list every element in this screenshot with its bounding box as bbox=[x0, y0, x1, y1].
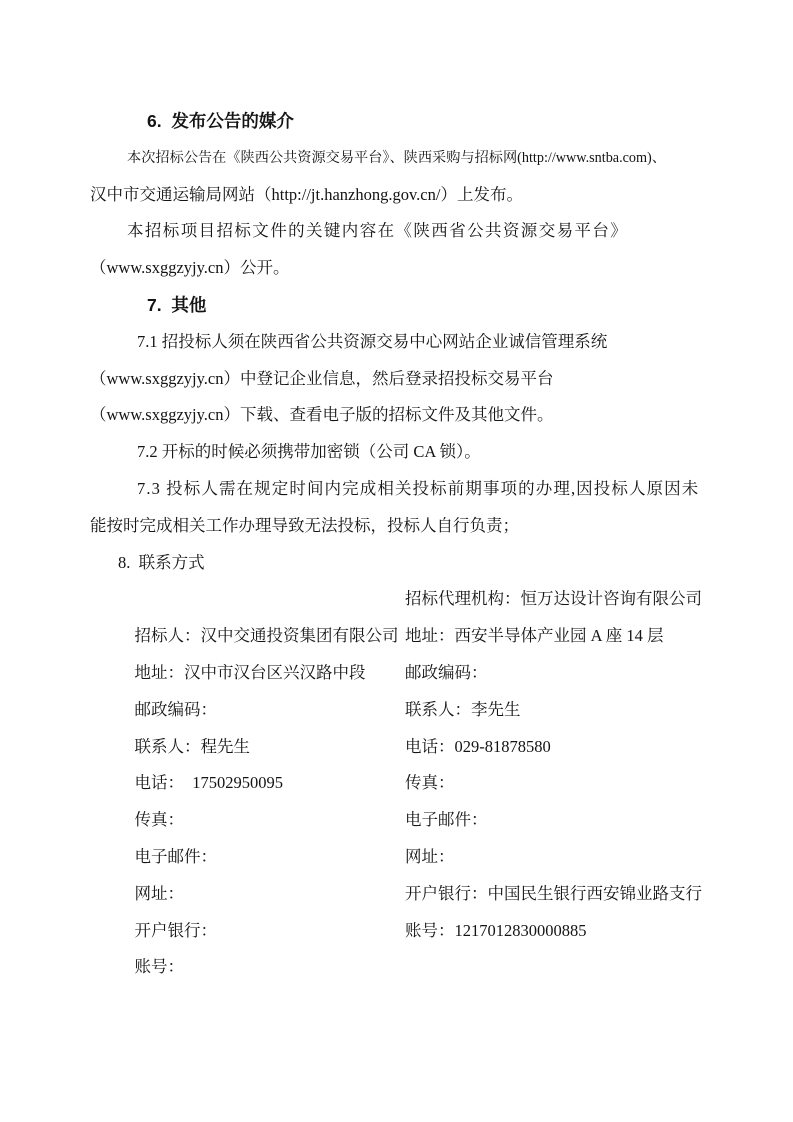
contact-row-email: 电子邮件： 电子邮件： bbox=[90, 802, 706, 839]
contact-row-phone: 电话： 17502950095 电话：029-81878580 bbox=[90, 729, 706, 766]
contact-row-website: 网址： 网址： bbox=[90, 839, 706, 876]
agency-account: 账号：1217012830000885 bbox=[405, 913, 587, 950]
agency-website: 网址： bbox=[405, 839, 455, 876]
section8-heading: 8. 联系方式 bbox=[90, 545, 706, 582]
section6-para2-line2: （www.sxggzyjy.cn）公开。 bbox=[90, 250, 706, 287]
contact-row-fax: 传真： 传真： bbox=[90, 765, 706, 802]
contact-row-person: 联系人：程先生 联系人：李先生 bbox=[90, 692, 706, 729]
section7-heading: 7. 其他 bbox=[90, 287, 706, 324]
section7-item72: 7.2 开标的时候必须携带加密锁（公司 CA 锁）。 bbox=[90, 434, 706, 471]
section7-item71-line3: （www.sxggzyjy.cn）下载、查看电子版的招标文件及其他文件。 bbox=[90, 397, 706, 434]
section7-item71-line2: （www.sxggzyjy.cn）中登记企业信息，然后登录招投标交易平台 bbox=[90, 361, 706, 398]
contact-row-party: 招标人：汉中交通投资集团有限公司 招标代理机构：恒万达设计咨询有限公司 bbox=[90, 581, 706, 618]
agency-phone: 电话：029-81878580 bbox=[405, 729, 551, 766]
document-page: 6. 发布公告的媒介 本次招标公告在《陕西公共资源交易平台》、陕西采购与招标网(… bbox=[90, 103, 706, 949]
contact-row-address: 地址：汉中市汉台区兴汉路中段 地址：西安半导体产业园 A 座 14 层 bbox=[90, 618, 706, 655]
section6-para1-line1: 本次招标公告在《陕西公共资源交易平台》、陕西采购与招标网(http://www.… bbox=[90, 140, 706, 177]
contact-row-postcode: 邮政编码： 邮政编码： bbox=[90, 655, 706, 692]
section7-item73-line1: 7.3 投标人需在规定时间内完成相关投标前期事项的办理,因投标人原因未 bbox=[90, 471, 706, 508]
section6-para1-line2: 汉中市交通运输局网站（http://jt.hanzhong.gov.cn/）上发… bbox=[90, 177, 706, 214]
contact-row-bank: 开户银行： 开户银行：中国民生银行西安锦业路支行 bbox=[90, 876, 706, 913]
agency-name: 招标代理机构：恒万达设计咨询有限公司 bbox=[405, 581, 702, 618]
agency-email: 电子邮件： bbox=[405, 802, 488, 839]
tenderer-account: 账号： bbox=[107, 949, 185, 986]
agency-contact-person: 联系人：李先生 bbox=[405, 692, 521, 729]
agency-address: 地址：西安半导体产业园 A 座 14 层 bbox=[405, 618, 664, 655]
contact-row-account: 账号： 账号：1217012830000885 bbox=[90, 913, 706, 950]
agency-postcode: 邮政编码： bbox=[405, 655, 488, 692]
agency-bank: 开户银行：中国民生银行西安锦业路支行 bbox=[405, 876, 702, 913]
section6-para2-line1: 本招标项目招标文件的关键内容在《陕西省公共资源交易平台》 bbox=[90, 213, 706, 250]
section6-heading: 6. 发布公告的媒介 bbox=[90, 103, 706, 140]
section7-item71-line1: 7.1 招投标人须在陕西省公共资源交易中心网站企业诚信管理系统 bbox=[90, 324, 706, 361]
section7-item73-line2: 能按时完成相关工作办理导致无法投标，投标人自行负责； bbox=[90, 508, 706, 545]
agency-fax: 传真： bbox=[405, 765, 455, 802]
